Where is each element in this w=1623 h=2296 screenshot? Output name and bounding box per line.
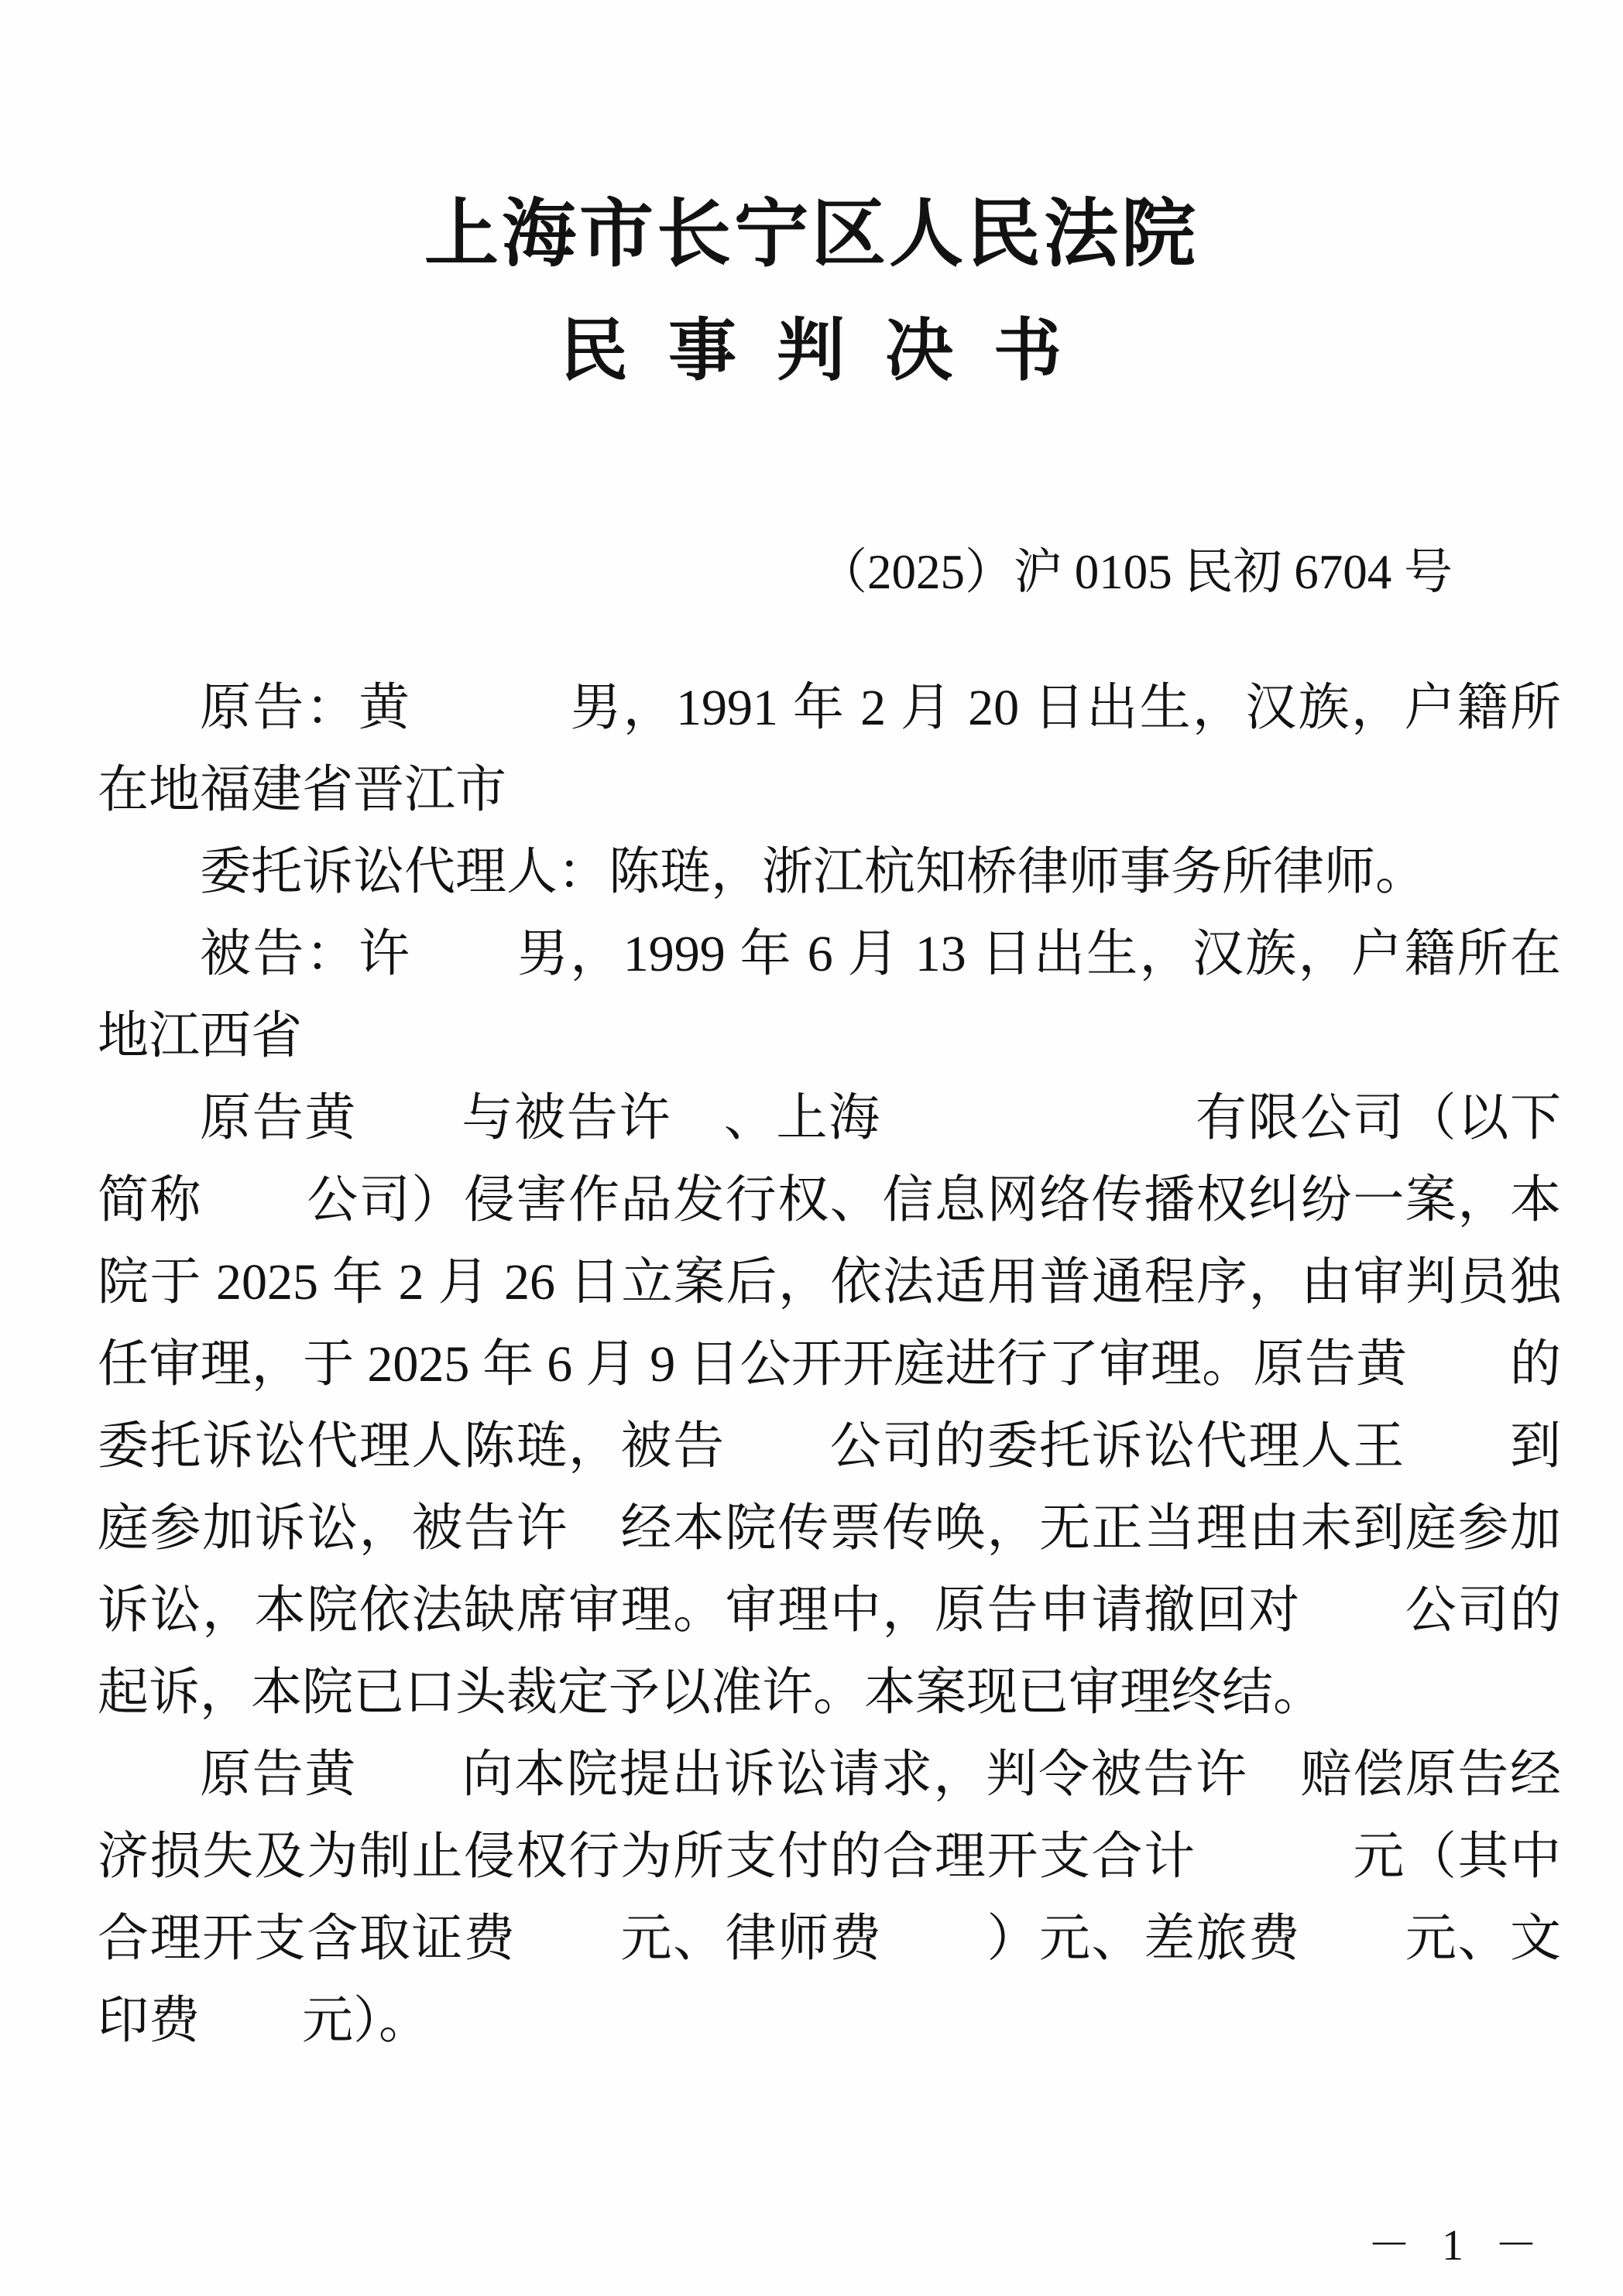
judgment-body: 原告：黄 男，1991 年 2 月 20 日出生，汉族，户籍所 在地福建省晋江市… xyxy=(98,667,1561,2062)
body-line-case-summary-2: 简称 公司）侵害作品发行权、信息网络传播权纠纷一案，本 xyxy=(98,1160,1561,1242)
page-number: － 1 － xyxy=(1367,2220,1541,2272)
body-line-claims-2: 济损失及为制止侵权行为所支付的合理开支合计 元（其中 xyxy=(98,1816,1561,1898)
body-line-claims-1: 原告黄 向本院提出诉讼请求，判令被告许 赔偿原告经 xyxy=(98,1734,1561,1816)
case-number: （2025）沪 0105 民初 6704 号 xyxy=(818,543,1453,602)
body-line-case-summary-6: 庭参加诉讼，被告许 经本院传票传唤，无正当理由未到庭参加 xyxy=(98,1488,1561,1570)
body-line-claims-3: 合理开支含取证费 元、律师费 ）元、差旅费 元、文 xyxy=(98,1898,1561,1980)
body-line-case-summary-8: 起诉，本院已口头裁定予以准许。本案现已审理终结。 xyxy=(98,1652,1561,1734)
body-line-case-summary-5: 委托诉讼代理人陈琏，被告 公司的委托诉讼代理人王 到 xyxy=(98,1406,1561,1488)
body-line-plaintiff: 原告：黄 男，1991 年 2 月 20 日出生，汉族，户籍所 xyxy=(98,667,1561,749)
body-line-case-summary-4: 任审理，于 2025 年 6 月 9 日公开开庭进行了审理。原告黄 的 xyxy=(98,1324,1561,1406)
body-line-defendant-cont: 地江西省 xyxy=(98,996,1561,1078)
court-name-heading: 上海市长宁区人民法院 xyxy=(0,194,1623,276)
body-line-case-summary-7: 诉讼，本院依法缺席审理。审理中，原告申请撤回对 公司的 xyxy=(98,1570,1561,1652)
body-line-defendant: 被告：许 男，1999 年 6 月 13 日出生，汉族，户籍所在 xyxy=(98,913,1561,996)
body-line-case-summary-1: 原告黄 与被告许 、上海 有限公司（以下 xyxy=(98,1078,1561,1160)
body-line-claims-4: 印费 元）。 xyxy=(98,1980,1561,2062)
body-line-plaintiff-agent: 委托诉讼代理人：陈琏，浙江杭知桥律师事务所律师。 xyxy=(98,831,1561,913)
judgment-document-page: 上海市长宁区人民法院 民 事 判 决 书 （2025）沪 0105 民初 670… xyxy=(0,0,1623,2296)
document-type-title: 民 事 判 决 书 xyxy=(0,313,1623,391)
body-line-plaintiff-cont: 在地福建省晋江市 xyxy=(98,749,1561,831)
body-line-case-summary-3: 院于 2025 年 2 月 26 日立案后，依法适用普通程序，由审判员独 xyxy=(98,1242,1561,1324)
